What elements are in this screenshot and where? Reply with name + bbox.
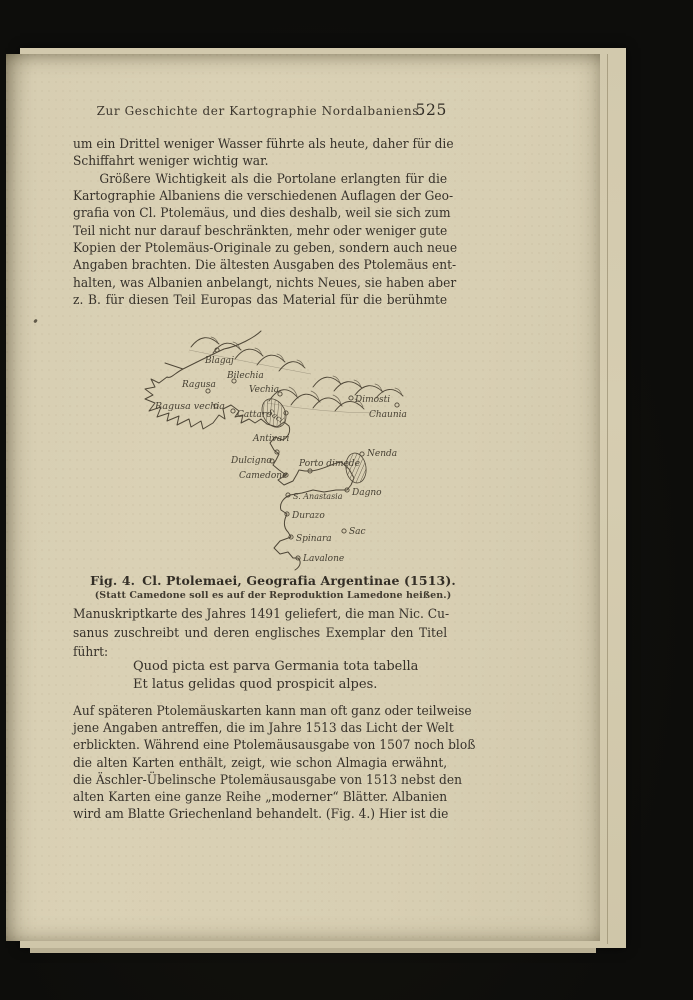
- photo-background: Zur Geschichte der Kartographie Nordalba…: [0, 0, 693, 1000]
- body-paragraph-2: Manuskriptkarte des Jahres 1491 geliefer…: [73, 605, 447, 662]
- place-label: Vechia: [249, 385, 279, 395]
- text-line: grafia von Cl. Ptolemäus, und dies desha…: [73, 205, 447, 222]
- latin-quote: Quod picta est parva Germania tota tabel…: [133, 658, 418, 693]
- place-label: Spinara: [296, 534, 332, 544]
- place-label: Dagno: [351, 488, 382, 498]
- place-label: Bilechia: [226, 371, 264, 381]
- place-label: S. Anastasia: [293, 492, 343, 501]
- place-label: Camedone: [239, 471, 287, 481]
- figure-number: Fig. 4.: [90, 573, 135, 588]
- ink-speck: [33, 319, 38, 324]
- place-marker-icon: [395, 403, 399, 407]
- place-label: Dimosti: [354, 395, 390, 405]
- place-label: Durazo: [291, 511, 325, 521]
- text-line: Quod picta est parva Germania tota tabel…: [133, 658, 418, 676]
- page-header: Zur Geschichte der Kartographie Nordalba…: [73, 104, 447, 124]
- body-paragraph-1: um ein Drittel weniger Wasser führte als…: [73, 136, 447, 309]
- text-line: die alten Karten enthält, zeigt, wie sch…: [73, 755, 447, 772]
- place-label: Dulcigno: [230, 456, 272, 466]
- page-bottom-edge: [30, 948, 596, 953]
- place-marker-icon: [360, 452, 364, 456]
- figure-map: Blagaj Bilechia Ragusa Vechia Ragusa vec…: [127, 329, 473, 572]
- under-page-edge-line: [607, 54, 608, 944]
- text-line: Angaben brachten. Die ältesten Ausgaben …: [73, 257, 447, 274]
- text-line: um ein Drittel weniger Wasser führte als…: [73, 136, 447, 153]
- text-line: alten Karten eine ganze Reihe „moderner“…: [73, 789, 447, 806]
- place-label: Nenda: [366, 449, 397, 459]
- text-line: Et latus gelidas quod prospicit alpes.: [133, 676, 418, 694]
- place-label: Ragusa: [181, 380, 216, 390]
- text-line: Kartographie Albaniens die verschiedenen…: [73, 188, 447, 205]
- body-paragraph-3: Auf späteren Ptolemäuskarten kann man of…: [73, 703, 447, 823]
- text-line: erblickten. Während eine Ptolemäusausgab…: [73, 737, 447, 754]
- place-label: Ragusa vechia: [154, 401, 225, 412]
- text-line: Schiffahrt weniger wichtig war.: [73, 153, 447, 170]
- text-line: Kopien der Ptolemäus-Originale zu geben,…: [73, 240, 447, 257]
- text-line: z. B. für diesen Teil Europas das Materi…: [73, 292, 447, 309]
- place-label: Blagaj: [204, 356, 234, 366]
- text-line: Größere Wichtigkeit als die Portolane er…: [73, 171, 447, 188]
- place-labels: Blagaj Bilechia Ragusa Vechia Ragusa vec…: [154, 356, 407, 564]
- text-line: halten, was Albanien anbelangt, nichts N…: [73, 275, 447, 292]
- figure-caption-text: Cl. Ptolemaei, Geografia Argentinae (151…: [142, 573, 456, 588]
- text-line: jene Angaben antreffen, die im Jahre 151…: [73, 720, 447, 737]
- text-line: die Äschler-Übelinsche Ptolemäusausgabe …: [73, 772, 447, 789]
- page-number: 525: [416, 101, 447, 119]
- running-head: Zur Geschichte der Kartographie Nordalba…: [73, 104, 447, 118]
- text-line: Auf späteren Ptolemäuskarten kann man of…: [73, 703, 447, 720]
- text-line: wird am Blatte Griechenland behandelt. (…: [73, 806, 447, 823]
- text-line: Teil nicht nur darauf beschränkten, mehr…: [73, 223, 447, 240]
- place-marker-icon: [231, 409, 235, 413]
- text-line: Manuskriptkarte des Jahres 1491 geliefer…: [73, 605, 447, 624]
- figure-caption: Fig. 4.Cl. Ptolemaei, Geografia Argentin…: [86, 573, 460, 588]
- place-label: Lavalone: [302, 554, 344, 564]
- place-label: Sac: [349, 527, 366, 537]
- place-label: Chaunia: [369, 410, 407, 420]
- place-label: Porto dimede: [298, 459, 360, 469]
- place-marker-icon: [342, 529, 346, 533]
- text-line: sanus zuschreibt und deren englisches Ex…: [73, 624, 447, 643]
- place-label: Antivari: [252, 434, 290, 444]
- map-drawing: Blagaj Bilechia Ragusa Vechia Ragusa vec…: [127, 329, 473, 572]
- place-marker-icon: [349, 396, 353, 400]
- figure-subcaption: (Statt Camedone soll es auf der Reproduk…: [86, 590, 460, 601]
